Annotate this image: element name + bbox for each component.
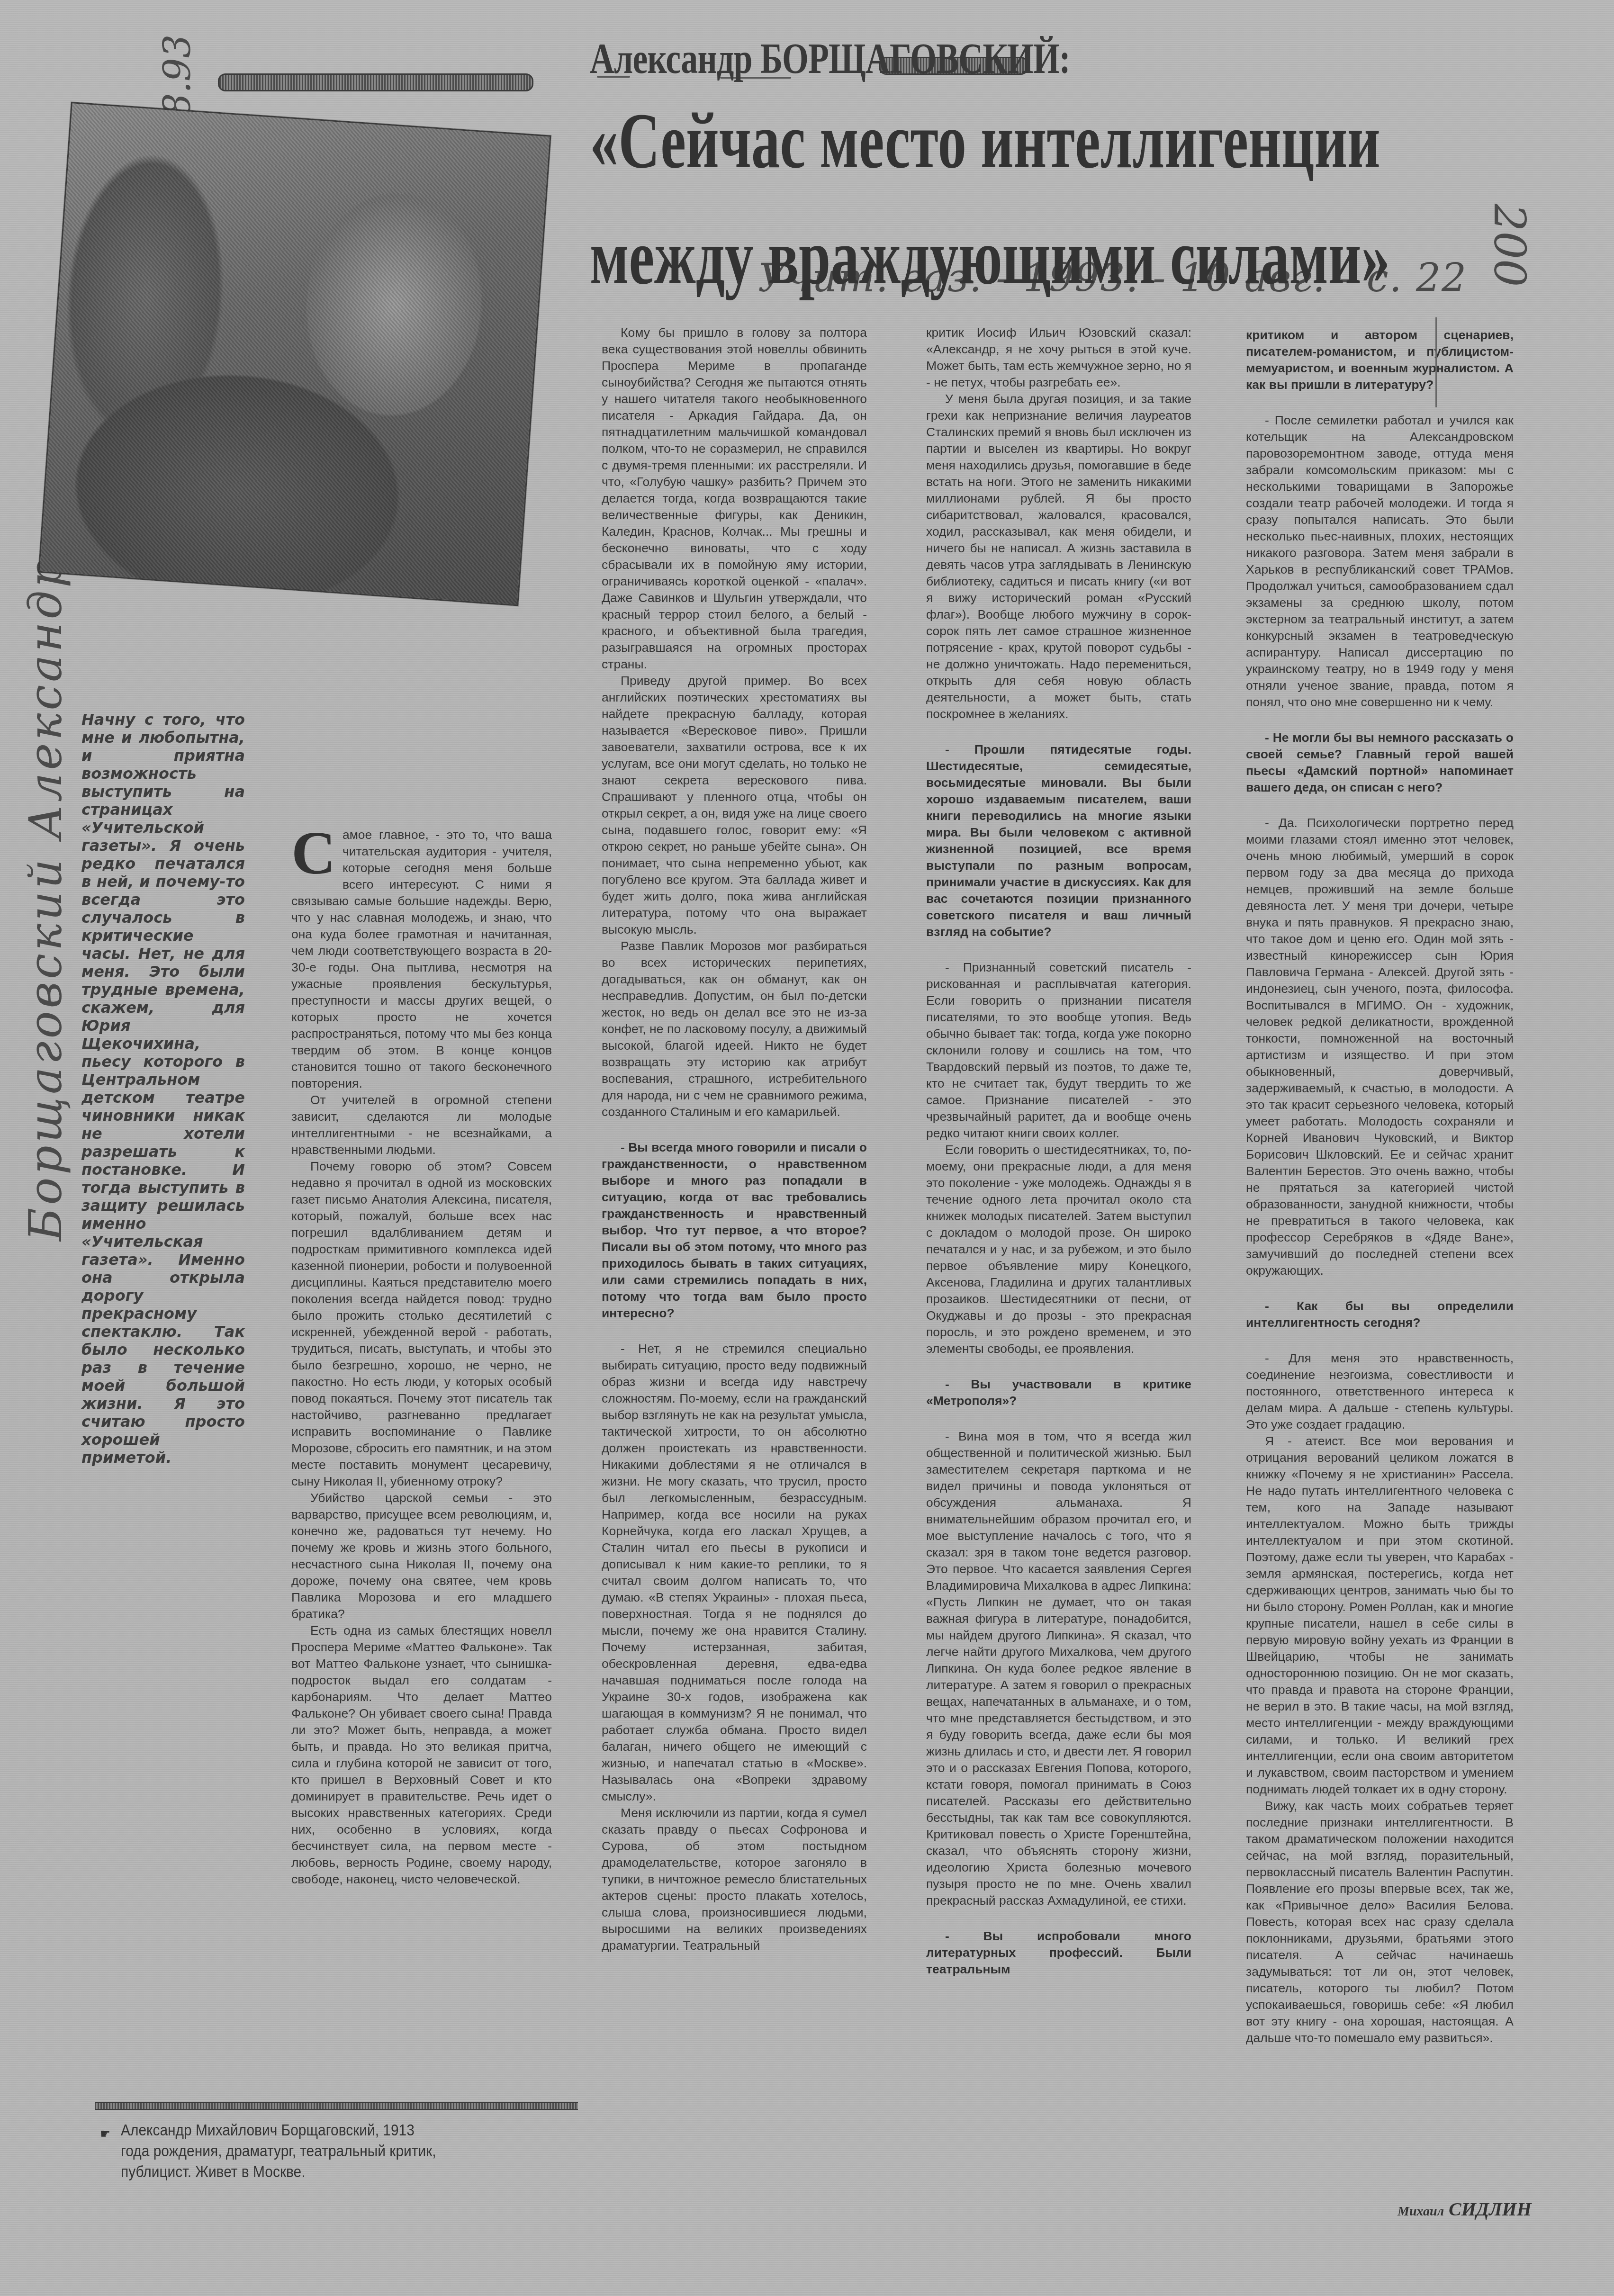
handwritten-margin-name: Борщаговский Александр [19,556,72,1241]
signature-first-name: Михаил [1398,2204,1444,2219]
article-column-3: критик Иосиф Ильич Юзовский сказал: «Але… [926,324,1191,1997]
article-column-4: критиком и автором сценариев, писателем-… [1246,327,1514,2046]
paragraph: Почему говорю об этом? Совсем недавно я … [291,1158,552,1490]
interview-question: - Вы участвовали в критике «Метрополя»? [926,1376,1191,1409]
interview-question: - Вы испробовали много литературных проф… [926,1928,1191,1978]
paragraph: Приведу другой пример. Во всех английски… [602,673,867,938]
author-bio: ☛ Александр Михайлович Борщаговский, 191… [121,2120,446,2182]
intro-quote: Начну с того, что мне и любопытна, и при… [81,711,245,1467]
interview-question: - Прошли пятидесятые годы. Шестидесятые,… [926,741,1191,940]
paragraph: Кому бы пришло в голову за полтора века … [602,324,867,673]
interview-question: критиком и автором сценариев, писателем-… [1246,327,1514,393]
paragraph: Убийство царской семьи - это варварство,… [291,1490,552,1622]
author-kicker: Александр БОРЩАГОВСКИЙ: [590,33,1070,83]
paragraph: Меня исключили из партии, когда я сумел … [602,1805,867,1954]
article-signature: Михаил СИДЛИН [1398,2198,1532,2220]
signature-last-name: СИДЛИН [1449,2198,1532,2220]
decorative-rule-left [218,73,533,91]
paragraph: - Вина моя в том, что я всегда жил общес… [926,1428,1191,1909]
paragraph: У меня была другая позиция, и за такие г… [926,391,1191,722]
paragraph: - После семилетки работал и учился как к… [1246,412,1514,711]
paragraph: критик Иосиф Ильич Юзовский сказал: «Але… [926,324,1191,391]
pointing-hand-icon: ☛ [100,2124,110,2144]
handwritten-page-number: 200 [1484,204,1535,287]
newspaper-clipping: 10.08.93 Борщаговский Александр Учит. га… [0,0,1614,2296]
interview-question: - Вы всегда много говорили и писали о гр… [602,1139,867,1322]
paragraph: - Нет, я не стремился специально выбират… [602,1341,867,1805]
paragraph: Вижу, как часть моих собратьев теряет по… [1246,1798,1514,2046]
interview-question: - Не могли бы вы немного рассказать о св… [1246,729,1514,796]
paragraph: Если говорить о шестидесятниках, то, по-… [926,1142,1191,1357]
paragraph: - Для меня это нравственность, соединени… [1246,1350,1514,1433]
handwritten-margin-mark [1435,317,1437,407]
article-column-2: Кому бы пришло в голову за полтора века … [602,324,867,1954]
headline-line-1: «Сейчас место интеллигенции [590,83,1390,199]
drop-cap: С [291,829,336,877]
interview-question: - Как бы вы определили интеллигентность … [1246,1298,1514,1331]
paragraph: - Да. Психологически портретно перед мои… [1246,815,1514,1279]
paragraph: Я - атеист. Все мои верования и отрицани… [1246,1433,1514,1798]
article-column-1: Самое главное, - это то, что ваша читате… [291,827,552,1888]
bio-separator-rule [95,2102,578,2110]
paragraph: От учителей в огромной степени зависит, … [291,1092,552,1158]
paragraph: Есть одна из самых блестящих новелл Прос… [291,1622,552,1888]
headline-line-2: между враждующими силами» [590,199,1390,315]
page-title: «Сейчас место интеллигенции между вражду… [590,83,1390,315]
paragraph: Самое главное, - это то, что ваша читате… [291,827,552,1092]
paragraph: Разве Павлик Морозов мог разбираться во … [602,938,867,1120]
paragraph: - Признанный советский писатель - рисков… [926,959,1191,1142]
portrait-photo [38,102,551,606]
